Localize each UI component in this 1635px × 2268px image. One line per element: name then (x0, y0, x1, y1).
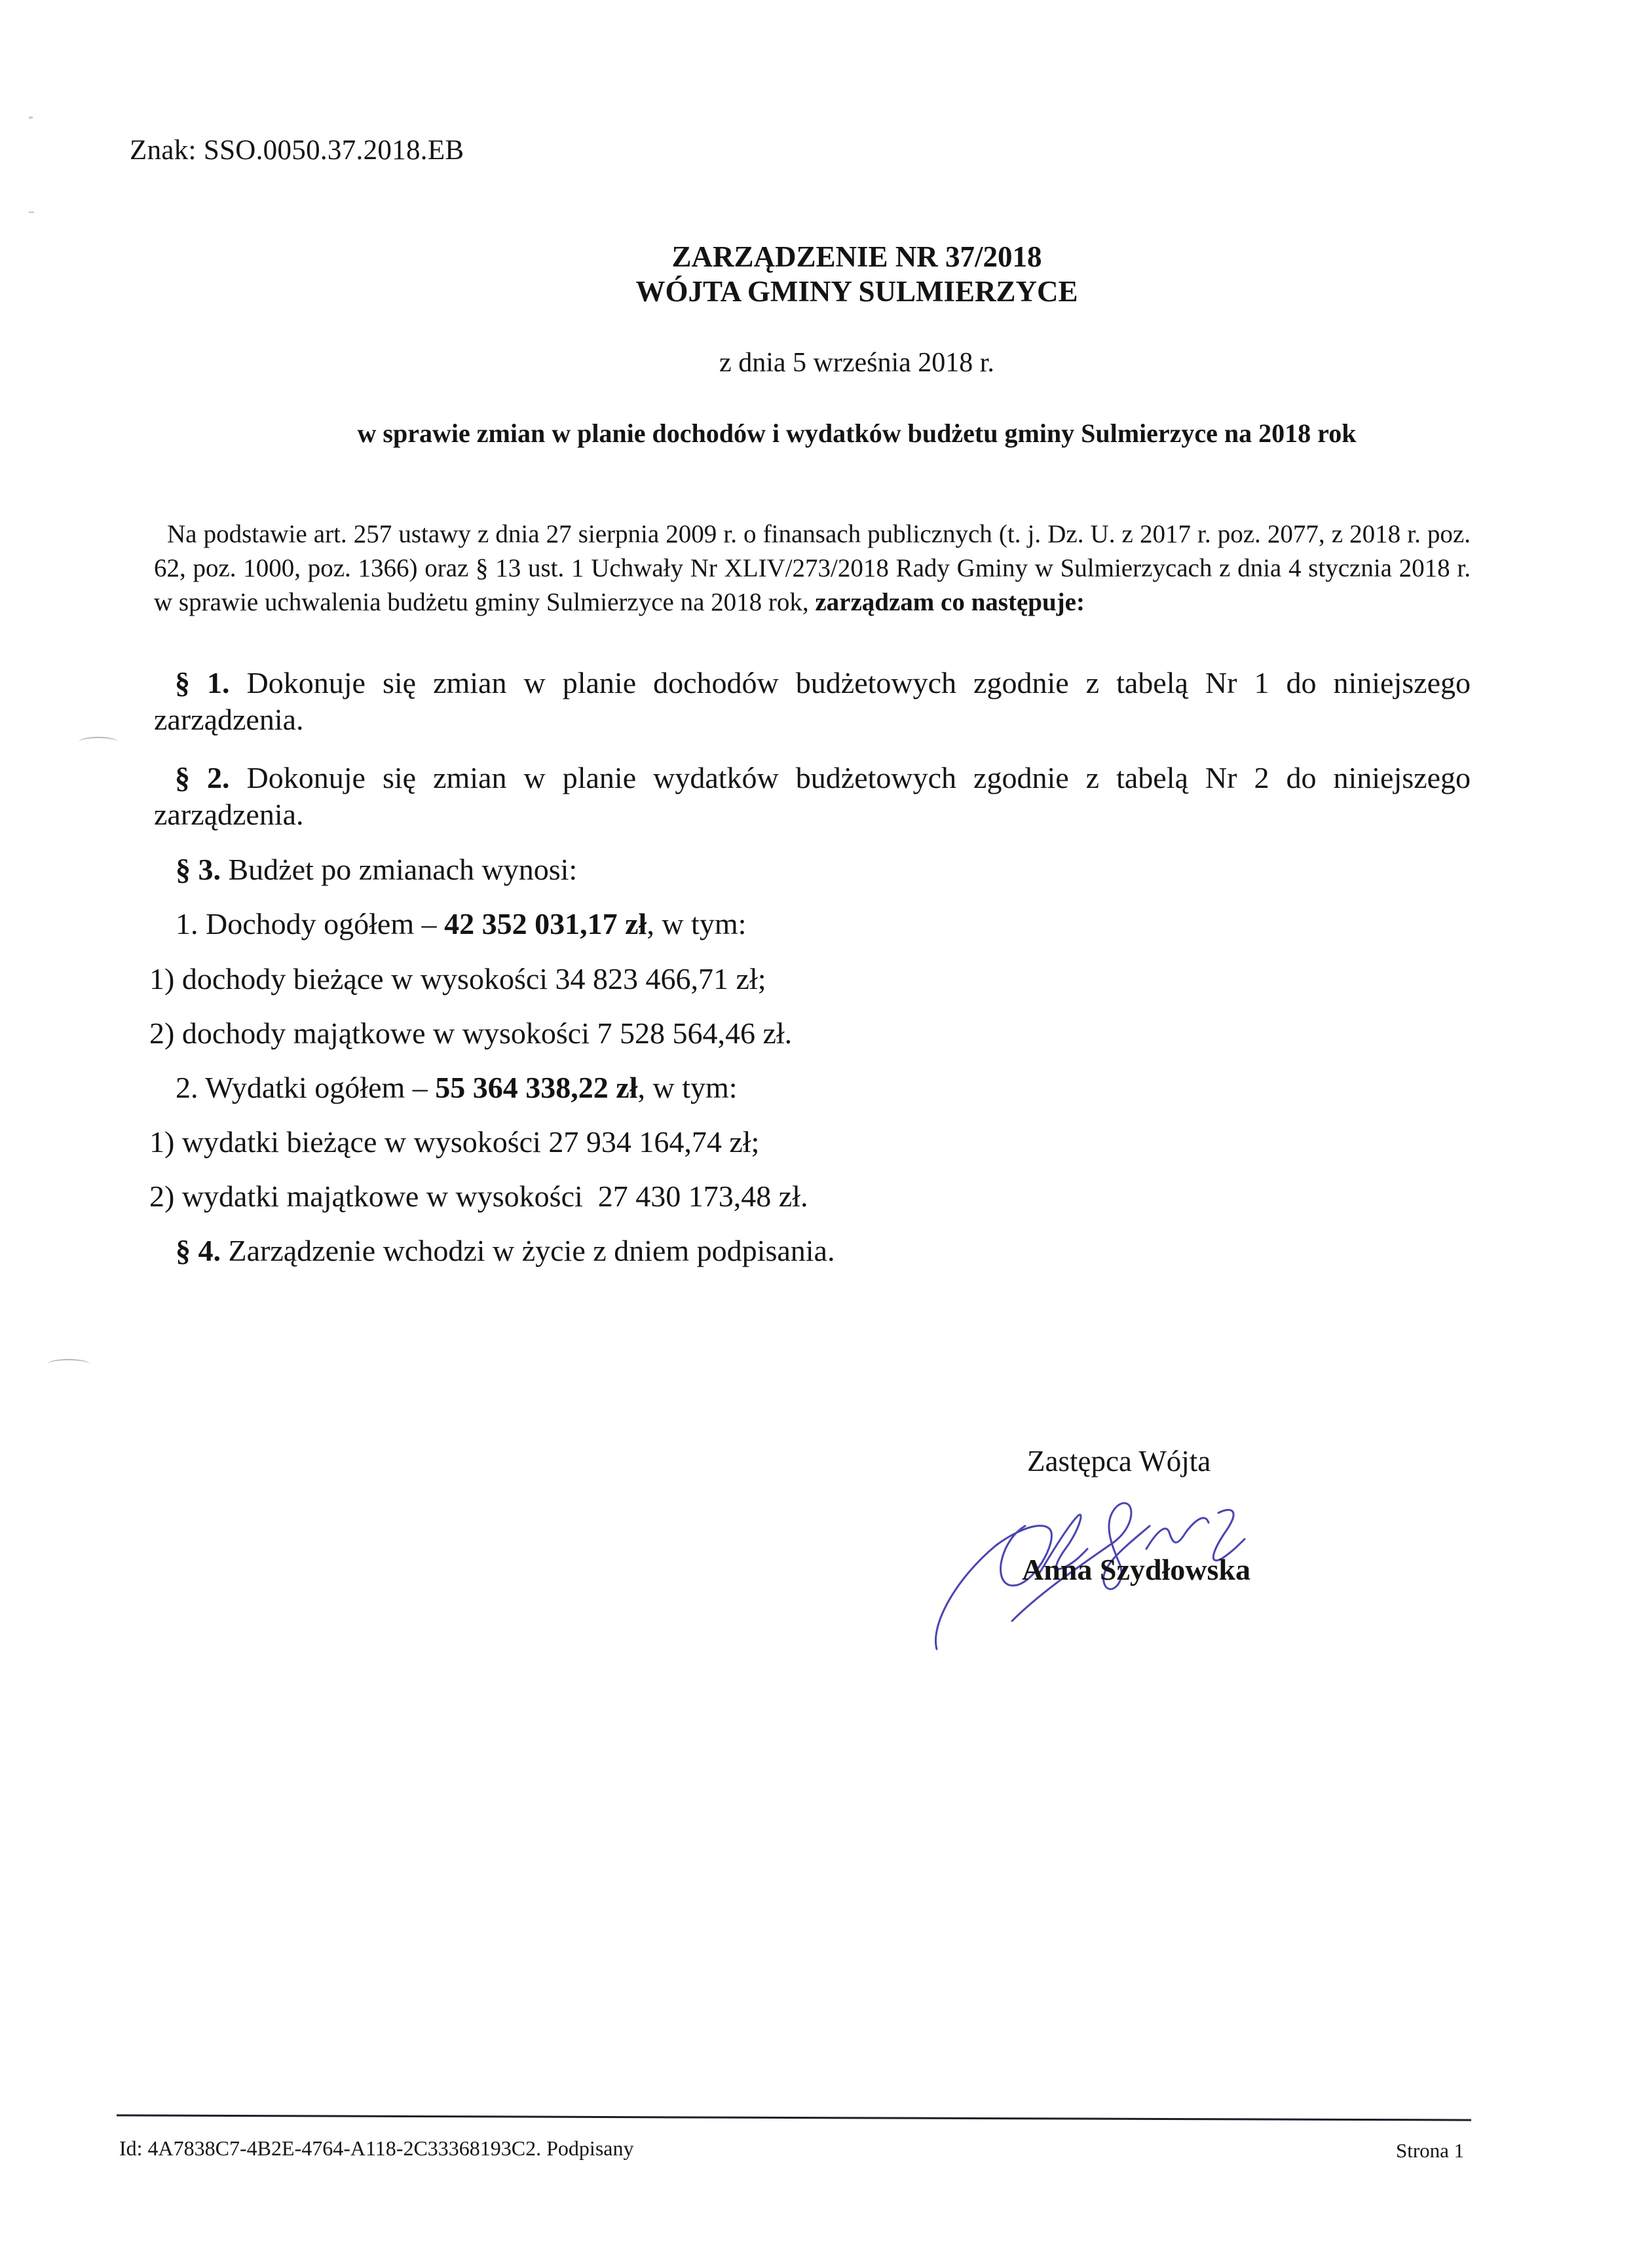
section-3-label: § 3. (176, 853, 221, 886)
income-total-suffix: , w tym: (647, 907, 746, 940)
punch-hole-mark (79, 737, 118, 747)
document-date: z dnia 5 września 2018 r. (39, 347, 1635, 379)
section-1: § 1. Dokonuje się zmian w planie dochodó… (154, 665, 1471, 738)
income-total-prefix: 1. Dochody ogółem – (176, 907, 444, 940)
section-1-label: § 1. (175, 666, 230, 699)
document-id: Id: 4A7838C7-4B2E-4764-A118-2C33368193C2… (119, 2136, 633, 2161)
expense-current-line: 1) wydatki bieżące w wysokości 27 934 16… (149, 1124, 759, 1161)
income-total-amount: 42 352 031,17 zł (444, 907, 647, 940)
document-subject: w sprawie zmian w planie dochodów i wyda… (39, 418, 1635, 449)
preamble-decree: zarządzam co następuje: (815, 588, 1085, 616)
scan-artifact (29, 117, 33, 119)
section-4: § 4. Zarządzenie wchodzi w życie z dniem… (176, 1233, 835, 1269)
section-3-text: Budżet po zmianach wynosi: (229, 853, 578, 886)
section-2-label: § 2. (175, 761, 230, 794)
signatory-role: Zastępca Wójta (1027, 1444, 1211, 1478)
preamble-text: Na podstawie art. 257 ustawy z dnia 27 s… (154, 520, 1471, 616)
page-number: Strona 1 (1396, 2139, 1464, 2163)
legal-basis-preamble: Na podstawie art. 257 ustawy z dnia 27 s… (154, 517, 1471, 620)
document-title: ZARZĄDZENIE NR 37/2018 (39, 239, 1635, 275)
section-3: § 3. Budżet po zmianach wynosi: (176, 851, 577, 888)
expense-total-amount: 55 364 338,22 zł (435, 1071, 637, 1104)
section-2-text: Dokonuje się zmian w planie wydatków bud… (154, 761, 1471, 831)
footer-divider (117, 2114, 1471, 2121)
income-capital-line: 2) dochody majątkowe w wysokości 7 528 5… (149, 1015, 792, 1052)
expense-total-prefix: 2. Wydatki ogółem – (176, 1071, 435, 1104)
income-total-line: 1. Dochody ogółem – 42 352 031,17 zł, w … (176, 906, 746, 942)
signatory-name: Anna Szydłowska (1022, 1552, 1250, 1587)
document-issuer: WÓJTA GMINY SULMIERZYCE (39, 274, 1635, 310)
section-2: § 2. Dokonuje się zmian w planie wydatkó… (154, 760, 1471, 833)
reference-number: Znak: SSO.0050.37.2018.EB (130, 134, 464, 166)
section-1-text: Dokonuje się zmian w planie dochodów bud… (154, 666, 1471, 736)
section-4-text: Zarządzenie wchodzi w życie z dniem podp… (229, 1234, 835, 1267)
punch-hole-mark (47, 1359, 90, 1369)
income-current-line: 1) dochody bieżące w wysokości 34 823 46… (149, 961, 766, 997)
expense-capital-line: 2) wydatki majątkowe w wysokości 27 430 … (149, 1178, 808, 1215)
expense-total-line: 2. Wydatki ogółem – 55 364 338,22 zł, w … (176, 1069, 738, 1106)
scan-artifact (29, 212, 34, 213)
section-4-label: § 4. (176, 1234, 221, 1267)
expense-total-suffix: , w tym: (637, 1071, 737, 1104)
